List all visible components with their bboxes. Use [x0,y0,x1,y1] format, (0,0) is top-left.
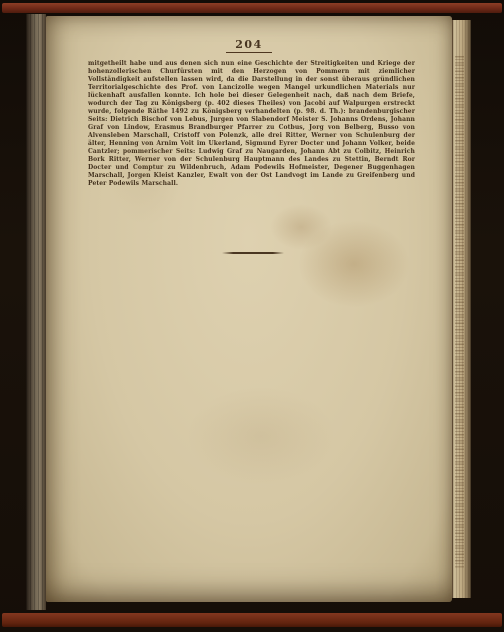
page-number: 204 [226,38,271,53]
paper-stain [270,204,332,250]
book-page: 204 mitgetheilt habe und aus denen sich … [46,16,452,602]
paper-stain [298,220,410,308]
section-divider-rule [222,252,284,254]
page-header: 204 [46,33,452,53]
book-photo: 204 mitgetheilt habe und aus denen sich … [0,0,504,632]
paper-stain [186,386,336,486]
book-spine-edge [26,14,46,610]
page-edges-right [452,20,471,598]
book-cover-bottom-edge [2,613,502,627]
page-paragraph: mitgetheilt habe und aus denen sich nun … [88,60,415,188]
book-cover-top-edge [2,3,502,13]
